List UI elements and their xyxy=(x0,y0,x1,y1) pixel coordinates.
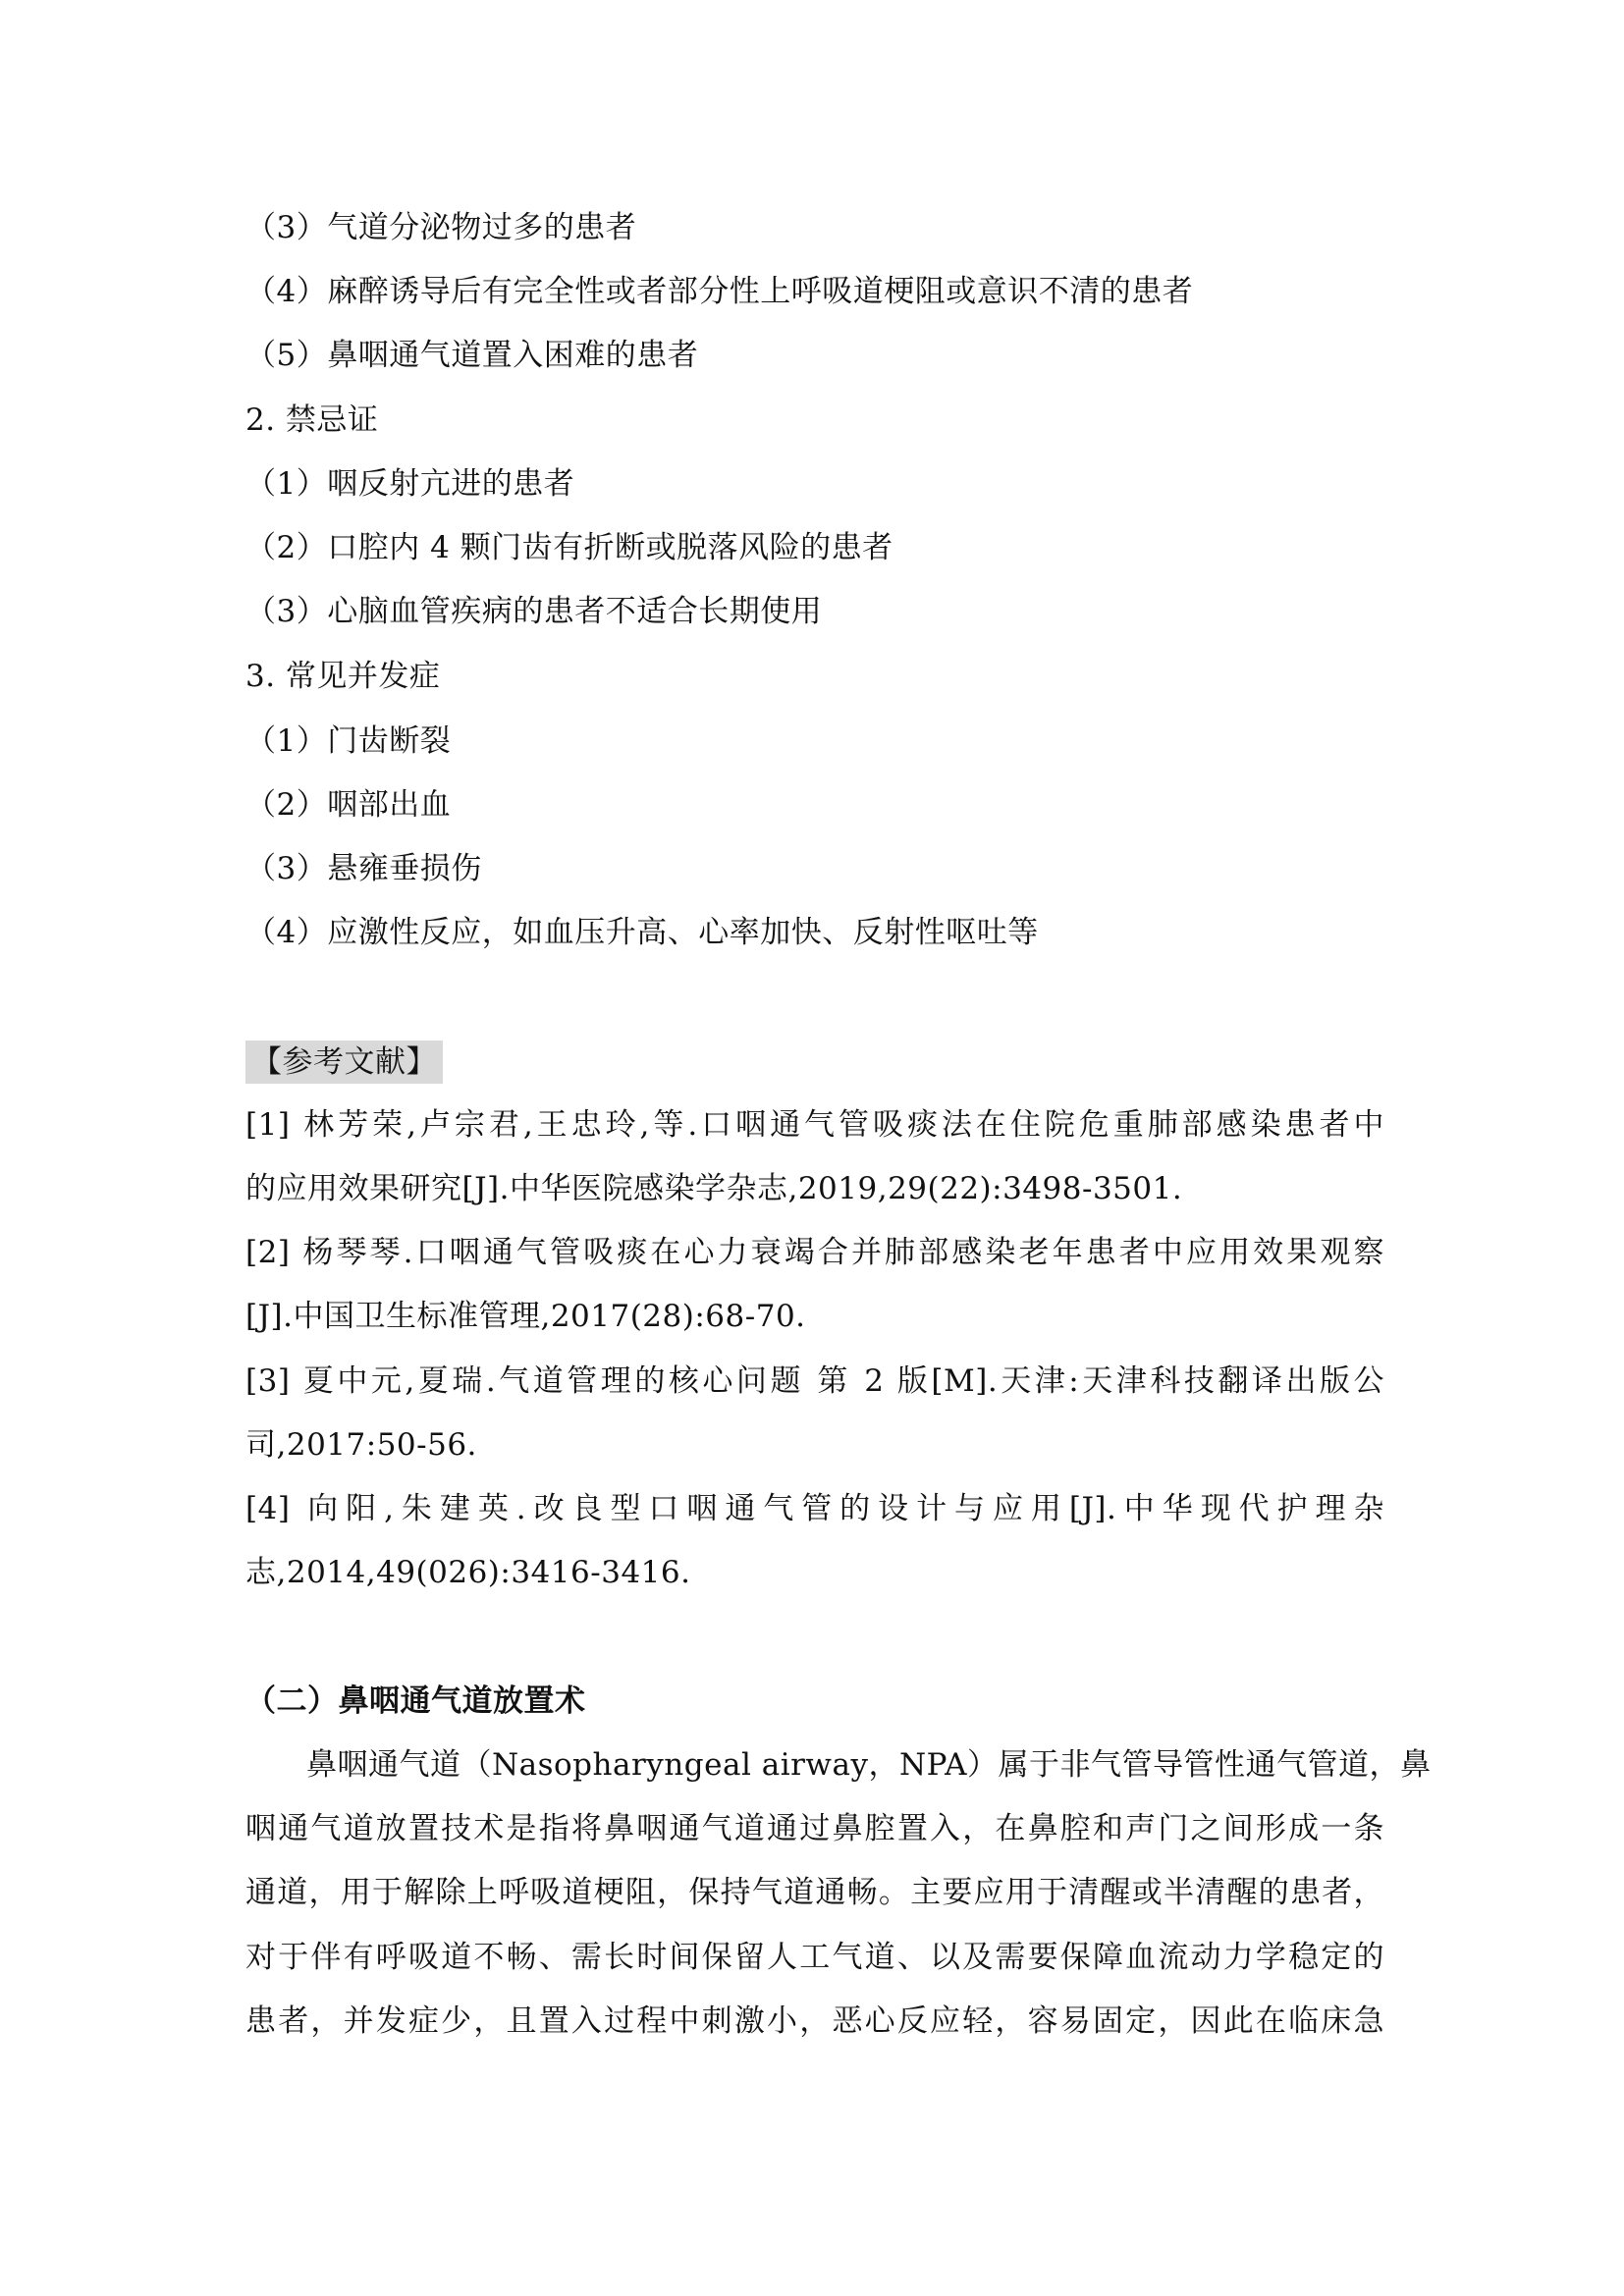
paragraph-line-3: 通道，用于解除上呼吸道梗阻，保持气道通畅。主要应用于清醒或半清醒的患者， xyxy=(245,1873,1384,1912)
contraindications-heading: 2. 禁忌证 xyxy=(245,400,378,440)
references-heading: 【参考文献】 xyxy=(245,1041,443,1084)
contraindication-item-1: （1）咽反射亢进的患者 xyxy=(245,464,574,504)
reference-4-line-2: 志,2014,49(026):3416-3416. xyxy=(245,1553,690,1592)
reference-2-line-2: [J].中国卫生标准管理,2017(28):68-70. xyxy=(245,1297,806,1336)
paragraph-line-4: 对于伴有呼吸道不畅、需长时间保留人工气道、以及需要保障血流动力学稳定的 xyxy=(245,1938,1384,1977)
paragraph-line-1: 鼻咽通气道（Nasopharyngeal airway，NPA）属于非气管导管性… xyxy=(306,1745,1384,1785)
indication-item-5: （5）鼻咽通气道置入困难的患者 xyxy=(245,336,698,375)
reference-1-line-1: [1] 林芳荣,卢宗君,王忠玲,等.口咽通气管吸痰法在住院危重肺部感染患者中 xyxy=(245,1105,1384,1145)
reference-4-line-1: [4] 向阳,朱建英.改良型口咽通气管的设计与应用[J].中华现代护理杂 xyxy=(245,1489,1384,1528)
references-heading-label: 【参考文献】 xyxy=(245,1041,443,1084)
section-heading: （二）鼻咽通气道放置术 xyxy=(245,1682,586,1721)
contraindication-item-2: （2）口腔内 4 颗门齿有折断或脱落风险的患者 xyxy=(245,528,893,567)
indication-item-4: （4）麻醉诱导后有完全性或者部分性上呼吸道梗阻或意识不清的患者 xyxy=(245,272,1193,311)
complication-item-4: （4）应激性反应，如血压升高、心率加快、反射性呕吐等 xyxy=(245,913,1039,952)
complication-item-2: （2）咽部出血 xyxy=(245,785,451,825)
complications-heading: 3. 常见并发症 xyxy=(245,657,440,696)
reference-3-line-2: 司,2017:50-56. xyxy=(245,1425,477,1465)
reference-1-line-2: 的应用效果研究[J].中华医院感染学杂志,2019,29(22):3498-35… xyxy=(245,1169,1182,1208)
complication-item-1: （1）门齿断裂 xyxy=(245,721,451,761)
complication-item-3: （3）悬雍垂损伤 xyxy=(245,849,482,888)
reference-3-line-1: [3] 夏中元,夏瑞.气道管理的核心问题 第 2 版[M].天津:天津科技翻译出… xyxy=(245,1362,1384,1401)
paragraph-line-2: 咽通气道放置技术是指将鼻咽通气道通过鼻腔置入，在鼻腔和声门之间形成一条 xyxy=(245,1809,1384,1848)
contraindication-item-3: （3）心脑血管疾病的患者不适合长期使用 xyxy=(245,592,822,631)
document-page: （3）气道分泌物过多的患者 （4）麻醉诱导后有完全性或者部分性上呼吸道梗阻或意识… xyxy=(0,0,1624,2296)
indication-item-3: （3）气道分泌物过多的患者 xyxy=(245,208,636,247)
paragraph-line-5: 患者，并发症少，且置入过程中刺激小，恶心反应轻，容易固定，因此在临床急 xyxy=(245,2002,1384,2041)
reference-2-line-1: [2] 杨琴琴.口咽通气管吸痰在心力衰竭合并肺部感染老年患者中应用效果观察 xyxy=(245,1233,1384,1272)
